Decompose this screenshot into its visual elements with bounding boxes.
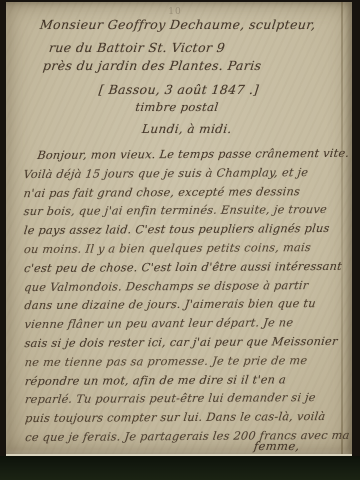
body-line: ou moins. Il y a bien quelques petits co… <box>23 241 339 262</box>
catchword: femme, <box>253 439 300 453</box>
paper-fold-line <box>341 2 343 454</box>
address-recipient-line: Monsieur Geoffroy Dechaume, sculpteur, <box>39 17 317 32</box>
dateline: Lundi, à midi. <box>13 122 360 136</box>
body-line: sais si je dois rester ici, car j'ai peu… <box>23 335 339 356</box>
body-line: c'est peu de chose. C'est loin d'être au… <box>23 260 339 281</box>
postmark-note: timbre postal <box>3 100 351 114</box>
scan-table-surface <box>0 456 360 480</box>
body-line: Voilà déjà 15 jours que je suis à Champl… <box>22 166 338 187</box>
body-line: vienne flâner un peu avant leur départ. … <box>23 316 339 337</box>
body-line: ne me tienne pas sa promesse. Je te prie… <box>23 354 339 375</box>
postmark-annotation: [ Bassou, 3 août 1847 .] <box>5 82 353 97</box>
body-line: le pays assez laid. C'est tous peupliers… <box>22 222 338 243</box>
body-line: reparlé. Tu pourrais peut-être lui deman… <box>24 391 340 412</box>
body-line: Bonjour, mon vieux. Le temps passe crâne… <box>22 147 338 168</box>
letter-page: 10 Monsieur Geoffroy Dechaume, sculpteur… <box>6 2 352 456</box>
address-street-line: rue du Battoir St. Victor 9 <box>48 40 226 55</box>
letter-body: Bonjour, mon vieux. Le temps passe crâne… <box>23 147 339 450</box>
body-line: dans une dizaine de jours. J'aimerais bi… <box>23 297 339 318</box>
page-number: 10 <box>2 7 348 17</box>
body-line: sur bois, que j'ai enfin terminés. Ensui… <box>22 203 338 224</box>
body-line: puis toujours compter sur lui. Dans le c… <box>24 410 340 431</box>
scan-background: 10 Monsieur Geoffroy Dechaume, sculpteur… <box>0 0 360 480</box>
address-locality-line: près du jardin des Plantes. Paris <box>42 58 262 73</box>
